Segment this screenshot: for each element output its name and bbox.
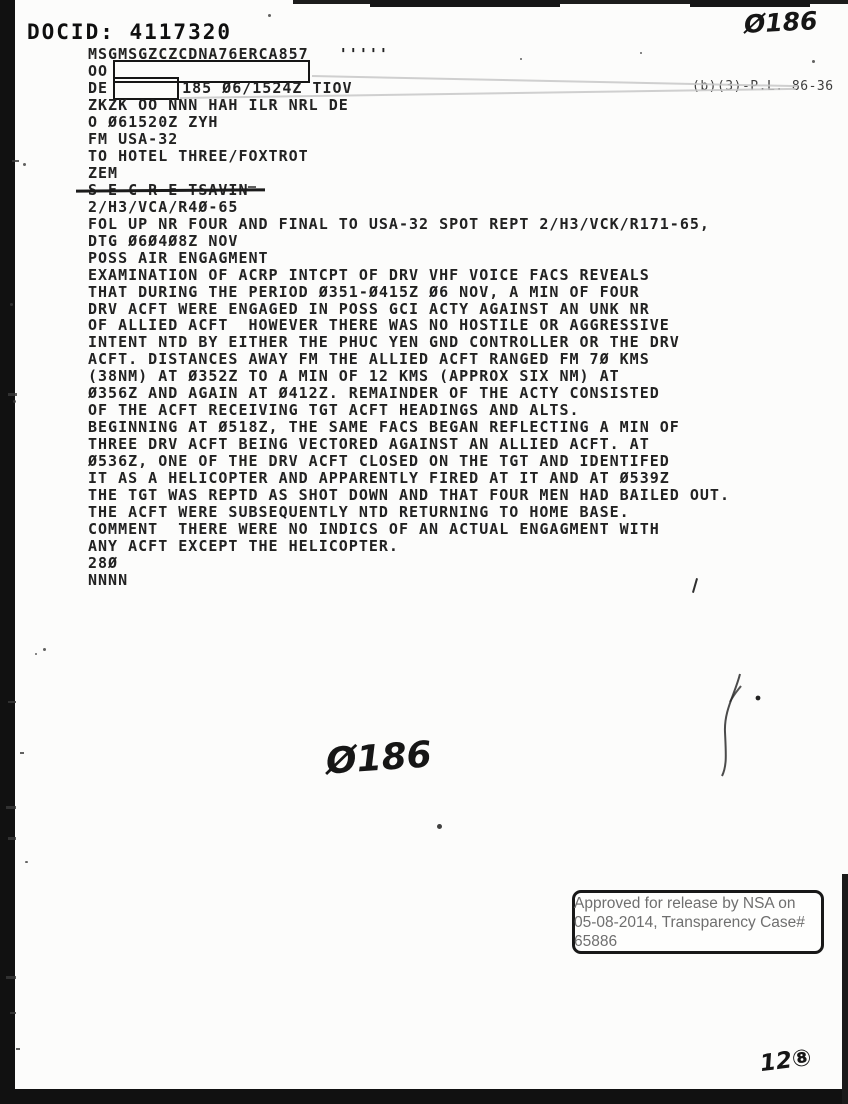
handwritten-page-number-top: Ø186 (743, 6, 818, 39)
nsa-release-stamp: Approved for release by NSA on 05-08-201… (572, 890, 824, 954)
message-line: TO HOTEL THREE/FOXTROT (88, 148, 788, 165)
message-line: ANY ACFT EXCEPT THE HELICOPTER. (88, 537, 788, 554)
message-line: Ø536Z, ONE OF THE DRV ACFT CLOSED ON THE… (88, 453, 788, 470)
message-line: ZKZK OO NNN HAH ILR NRL DE (88, 97, 788, 114)
message-line: ACFT. DISTANCES AWAY FM THE ALLIED ACFT … (88, 351, 788, 368)
scan-edge-top (690, 0, 810, 7)
message-line: FM USA-32 (88, 131, 788, 148)
message-line: NNNN (88, 571, 788, 588)
message-line: FOL UP NR FOUR AND FINAL TO USA-32 SPOT … (88, 215, 788, 232)
message-line: O Ø61520Z ZYH (88, 114, 788, 131)
scan-artifact (13, 400, 16, 403)
message-line: ZEM (88, 165, 788, 182)
pencil-mark (710, 666, 766, 790)
scan-edge-bottom (0, 1089, 848, 1104)
scan-artifact (812, 60, 815, 63)
ink-dot (437, 824, 442, 829)
scan-artifact (8, 701, 16, 703)
message-line: (38NM) AT Ø352Z TO A MIN OF 12 KMS (APPR… (88, 368, 788, 385)
line-suffix: 185 Ø6/1524Z TIOV (182, 79, 353, 97)
message-line: DE185 Ø6/1524Z TIOV (88, 80, 788, 97)
message-line: OF THE ACFT RECEIVING TGT ACFT HEADINGS … (88, 402, 788, 419)
message-line: IT AS A HELICOPTER AND APPARENTLY FIRED … (88, 469, 788, 486)
scan-artifact (268, 14, 271, 17)
scan-artifact (43, 648, 46, 651)
line-prefix: OO (88, 62, 108, 80)
scan-artifact (23, 163, 26, 166)
scan-edge-right (842, 874, 848, 1104)
stamp-line: Approved for release by NSA on (574, 894, 805, 913)
scan-artifact (25, 861, 28, 863)
scan-artifact (640, 52, 642, 54)
message-line: POSS AIR ENGAGMENT (88, 249, 788, 266)
scan-artifact (520, 58, 522, 60)
scan-artifact (8, 837, 16, 840)
scan-artifact (6, 806, 16, 809)
scan-artifact (20, 752, 24, 754)
stamp-line: 05-08-2014, Transparency Case# (574, 913, 805, 932)
message-line: EXAMINATION OF ACRP INTCPT OF DRV VHF VO… (88, 266, 788, 283)
message-line: DTG Ø6Ø4Ø8Z NOV (88, 232, 788, 249)
message-line: OF ALLIED ACFT HOWEVER THERE WAS NO HOST… (88, 317, 788, 334)
stamp-text: Approved for release by NSA on 05-08-201… (574, 894, 805, 951)
message-block: MSGMSGZCZCDNA76ERCA857 '''''OODE185 Ø6/1… (88, 46, 788, 588)
scanned-document-page: DOCID: 4117320 Ø186 (b)(3)-P.L. 86-36 MS… (0, 0, 848, 1104)
message-line: INTENT NTD BY EITHER THE PHUC YEN GND CO… (88, 334, 788, 351)
scan-edge-top (370, 0, 560, 7)
line-prefix: DE (88, 79, 108, 97)
handwritten-serial-middle: Ø186 (325, 734, 433, 782)
message-line: THE TGT WAS REPTD AS SHOT DOWN AND THAT … (88, 486, 788, 503)
message-line: DRV ACFT WERE ENGAGED IN POSS GCI ACTY A… (88, 300, 788, 317)
message-line: Ø356Z AND AGAIN AT Ø412Z. REMAINDER OF T… (88, 385, 788, 402)
message-line: 28Ø (88, 554, 788, 571)
scan-artifact (35, 653, 37, 655)
handwritten-page-number-bottom: 12⑧ (759, 1045, 813, 1077)
struck-classification-text: S E C R E TSAVIN (88, 181, 249, 199)
message-line: S E C R E TSAVIN (88, 182, 788, 199)
message-line: COMMENT THERE WERE NO INDICS OF AN ACTUA… (88, 520, 788, 537)
message-line: BEGINNING AT Ø518Z, THE SAME FACS BEGAN … (88, 419, 788, 436)
stamp-line: 65886 (574, 932, 805, 951)
message-line: THE ACFT WERE SUBSEQUENTLY NTD RETURNING… (88, 503, 788, 520)
scan-artifact (10, 1012, 16, 1014)
scan-artifact (8, 393, 17, 396)
docid-label: DOCID: 4117320 (27, 20, 232, 44)
scan-artifact (16, 1048, 20, 1050)
message-line: 2/H3/VCA/R4Ø-65 (88, 198, 788, 215)
scan-artifact (10, 303, 13, 306)
message-line: THREE DRV ACFT BEING VECTORED AGAINST AN… (88, 436, 788, 453)
scan-artifact (248, 186, 256, 188)
scan-artifact (12, 160, 19, 162)
message-line: OO (88, 63, 788, 80)
scan-artifact (6, 976, 16, 979)
message-line: THAT DURING THE PERIOD Ø351-Ø415Z Ø6 NOV… (88, 283, 788, 300)
scan-edge-left (0, 0, 15, 1104)
